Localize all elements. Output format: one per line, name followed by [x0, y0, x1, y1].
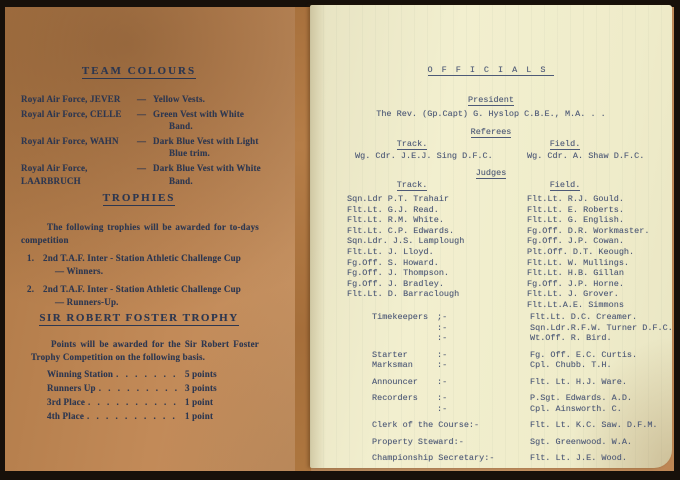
judges-track-list: Sqn.Ldr P.T. Trahair Flt.Lt. G.J. Read. … [347, 194, 464, 300]
points-label: Winning Station [47, 367, 113, 381]
sir-robert-foster-title: SIR ROBERT FOSTER TROPHY [39, 312, 238, 326]
dot-leader: . . . . . . . . . . . . . . [87, 409, 182, 423]
referees-field-heading: Field. [517, 139, 613, 150]
team-name: Royal Air Force, LAARBRUCH [21, 162, 137, 187]
official-name: Flt. Lt. J.E. Wood. [530, 453, 627, 464]
points-value: 3 points [185, 381, 233, 395]
judge-name: Flt.Lt. R.J. Gould. [527, 194, 649, 205]
judge-name: Sqn.Ldr P.T. Trahair [347, 194, 464, 205]
sir-robert-foster-intro: Points will be awarded for the Sir Rober… [31, 338, 259, 364]
team-colour-row: Royal Air Force, JEVER — Yellow Vests. [21, 93, 269, 106]
separator: :- [484, 453, 494, 464]
president-heading: President [310, 95, 672, 106]
role-label: Announcer [372, 377, 437, 388]
role-label [372, 404, 437, 415]
judge-name: Flt.Lt. G.J. Read. [347, 205, 464, 216]
appointment-role-cell: Announcer:- [372, 377, 530, 388]
team-colours-heading: TEAM COLOURS [17, 65, 261, 79]
official-name: Flt. Lt. K.C. Saw. D.F.M. [530, 420, 658, 431]
appointment-row: Starter:- Fg. Off. E.C. Curtis. [372, 350, 670, 361]
points-row: Winning Station . . . . . . . . . . . 5 … [47, 367, 233, 381]
separator: :- [437, 323, 447, 334]
dot-leader: . . . . . . . . . . . [116, 367, 182, 381]
official-name: Fg. Off. E.C. Curtis. [530, 350, 637, 361]
judge-name: Flt.Lt. J. Lloyd. [347, 247, 464, 258]
judge-name: Fg.Off. J. Thompson. [347, 268, 464, 279]
appointment-row: Marksman:- Cpl. Chubb. T.H. [372, 360, 670, 371]
appointment-role-cell: :- [372, 333, 530, 344]
team-colour-desc: Dark Blue Vest with White Band. [153, 162, 265, 187]
separator: :- [437, 393, 447, 404]
team-colour-row: Royal Air Force, CELLE — Green Vest with… [21, 108, 269, 133]
points-value: 1 point [185, 395, 233, 409]
team-colour-desc: Green Vest with White Band. [153, 108, 265, 133]
role-label: Marksman [372, 360, 437, 371]
trophy-text: 2nd T.A.F. Inter - Station Athletic Chal… [43, 252, 249, 278]
points-row: 3rd Place . . . . . . . . . . . . . . 1 … [47, 395, 233, 409]
appointment-group-championship-secretary: Championship Secretary:- Flt. Lt. J.E. W… [372, 453, 670, 464]
judge-name: Flt.Lt. E. Roberts. [527, 205, 649, 216]
role-label [372, 323, 437, 334]
field-label: Field. [550, 139, 581, 150]
dash: — [137, 108, 153, 133]
appointment-group-property-steward: Property Steward:- Sgt. Greenwood. W.A. [372, 437, 670, 448]
team-name: Royal Air Force, JEVER [21, 93, 137, 106]
team-colour-desc: Dark Blue Vest with Light Blue trim. [153, 135, 265, 160]
dash: — [137, 135, 153, 160]
appointment-role-cell: Starter:- [372, 350, 530, 361]
appointment-role-cell: :- [372, 323, 530, 334]
trophy-text: 2nd T.A.F. Inter - Station Athletic Chal… [43, 283, 249, 309]
trophies-intro: The following trophies will be awarded f… [21, 221, 259, 247]
role-label: Timekeepers [372, 312, 437, 323]
officials-title: OFFICIALS [428, 65, 555, 76]
judge-name: Flt.Lt.A.E. Simmons [527, 300, 649, 311]
appointment-role-cell: :- [372, 404, 530, 415]
appointments-list: Timekeepers;- Flt.Lt. D.C. Creamer. :- S… [372, 312, 670, 470]
judges-field-heading: Field. [517, 180, 613, 191]
referee-track-name: Wg. Cdr. J.E.J. Sing D.F.C. [355, 151, 493, 161]
team-colour-row: Royal Air Force, WAHN — Dark Blue Vest w… [21, 135, 269, 160]
separator: ;- [437, 312, 447, 323]
judge-name: Flt.Lt. G. English. [527, 215, 649, 226]
referees-heading: Referees [310, 127, 672, 138]
points-label: 3rd Place [47, 395, 85, 409]
appointment-row: Championship Secretary:- Flt. Lt. J.E. W… [372, 453, 670, 464]
appointment-row: :- Cpl. Ainsworth. C. [372, 404, 670, 415]
appointment-row: Recorders:- P.Sgt. Edwards. A.D. [372, 393, 670, 404]
judge-name: Flt.Lt. W. Mullings. [527, 258, 649, 269]
appointment-role-cell: Property Steward:- [372, 437, 530, 448]
role-label: Property Steward [372, 437, 454, 448]
team-colour-desc: Yellow Vests. [153, 93, 265, 106]
right-page: OFFICIALS President The Rev. (Gp.Capt) G… [310, 5, 672, 468]
appointment-role-cell: Clerk of the Course:- [372, 420, 530, 431]
official-name: Wt.Off. R. Bird. [530, 333, 612, 344]
judge-name: Flt.Lt. C.P. Edwards. [347, 226, 464, 237]
separator: :- [437, 350, 447, 361]
dash: — [137, 162, 153, 187]
team-colours-list: Royal Air Force, JEVER — Yellow Vests. R… [21, 93, 269, 189]
appointment-group-starter: Starter:- Fg. Off. E.C. Curtis. Marksman… [372, 350, 670, 371]
separator: :- [454, 437, 464, 448]
judge-name: Flt.Lt. R.M. White. [347, 215, 464, 226]
judge-name: Sqn.Ldr. J.S. Lamplough [347, 236, 464, 247]
official-name: Sqn.Ldr.R.F.W. Turner D.F.C. [530, 323, 673, 334]
official-name: P.Sgt. Edwards. A.D. [530, 393, 632, 404]
judges-label: Judges [476, 168, 507, 179]
judges-field-list: Flt.Lt. R.J. Gould. Flt.Lt. E. Roberts. … [527, 194, 649, 311]
trophies-list: 1. 2nd T.A.F. Inter - Station Athletic C… [27, 247, 259, 309]
appointment-role-cell: Timekeepers;- [372, 312, 530, 323]
role-label: Clerk of the Course [372, 420, 469, 431]
appointment-role-cell: Championship Secretary:- [372, 453, 530, 464]
role-label: Championship Secretary [372, 453, 484, 464]
separator: :- [437, 404, 447, 415]
judge-name: Plt.Off. D.T. Keough. [527, 247, 649, 258]
judge-name: Flt.Lt. J. Grover. [527, 289, 649, 300]
judge-name: Fg.Off. J.P. Cowan. [527, 236, 649, 247]
track-label: Track. [397, 139, 428, 150]
track-label: Track. [397, 180, 428, 191]
team-name: Royal Air Force, CELLE [21, 108, 137, 133]
appointment-group-clerk: Clerk of the Course:- Flt. Lt. K.C. Saw.… [372, 420, 670, 431]
role-label [372, 333, 437, 344]
dot-leader: . . . . . . . . . . . . . [99, 381, 182, 395]
official-name: Cpl. Chubb. T.H. [530, 360, 612, 371]
appointment-group-announcer: Announcer:- Flt. Lt. H.J. Ware. [372, 377, 670, 388]
trophy-number: 2. [27, 283, 43, 309]
separator: :- [469, 420, 479, 431]
team-name: Royal Air Force, WAHN [21, 135, 137, 160]
appointment-row: Clerk of the Course:- Flt. Lt. K.C. Saw.… [372, 420, 670, 431]
official-name: Flt.Lt. D.C. Creamer. [530, 312, 637, 323]
separator: :- [437, 360, 447, 371]
judges-heading: Judges [310, 168, 672, 179]
judge-name: Fg.Off. J. Bradley. [347, 279, 464, 290]
points-row: 4th Place . . . . . . . . . . . . . . 1 … [47, 409, 233, 423]
officials-heading: OFFICIALS [310, 65, 672, 76]
trophy-number: 1. [27, 252, 43, 278]
appointment-role-cell: Marksman:- [372, 360, 530, 371]
team-colours-title: TEAM COLOURS [82, 65, 196, 79]
separator: :- [437, 377, 447, 388]
official-name: Sgt. Greenwood. W.A. [530, 437, 632, 448]
trophies-title: TROPHIES [103, 192, 176, 206]
referees-label: Referees [471, 127, 512, 138]
points-label: Runners Up [47, 381, 96, 395]
trophy-item: 2. 2nd T.A.F. Inter - Station Athletic C… [27, 283, 259, 309]
field-label: Field. [550, 180, 581, 191]
trophy-item: 1. 2nd T.A.F. Inter - Station Athletic C… [27, 252, 259, 278]
role-label: Recorders [372, 393, 437, 404]
appointment-row: :- Wt.Off. R. Bird. [372, 333, 670, 344]
appointment-group-timekeepers: Timekeepers;- Flt.Lt. D.C. Creamer. :- S… [372, 312, 670, 344]
dash: — [137, 93, 153, 106]
points-table: Winning Station . . . . . . . . . . . 5 … [47, 367, 233, 423]
trophies-heading: TROPHIES [17, 192, 261, 206]
left-page: TEAM COLOURS Royal Air Force, JEVER — Ye… [5, 7, 296, 469]
points-value: 5 points [185, 367, 233, 381]
president-name: The Rev. (Gp.Capt) G. Hyslop C.B.E., M.A… [310, 109, 672, 119]
photo-background: TEAM COLOURS Royal Air Force, JEVER — Ye… [0, 0, 680, 480]
appointment-row: Timekeepers;- Flt.Lt. D.C. Creamer. [372, 312, 670, 323]
judge-name: Flt.Lt. D. Barraclough [347, 289, 464, 300]
judge-name: Flt.Lt. H.B. Gillan [527, 268, 649, 279]
judges-track-heading: Track. [347, 180, 477, 191]
referee-field-name: Wg. Cdr. A. Shaw D.F.C. [527, 151, 644, 161]
judge-name: Fg.Off. D.R. Workmaster. [527, 226, 649, 237]
team-colour-row: Royal Air Force, LAARBRUCH — Dark Blue V… [21, 162, 269, 187]
points-value: 1 point [185, 409, 233, 423]
separator: :- [437, 333, 447, 344]
appointment-group-recorders: Recorders:- P.Sgt. Edwards. A.D. :- Cpl.… [372, 393, 670, 414]
dot-leader: . . . . . . . . . . . . . . [88, 395, 182, 409]
appointment-role-cell: Recorders:- [372, 393, 530, 404]
judge-name: Fg.Off. J.P. Horne. [527, 279, 649, 290]
appointment-row: Property Steward:- Sgt. Greenwood. W.A. [372, 437, 670, 448]
role-label: Starter [372, 350, 437, 361]
official-name: Cpl. Ainsworth. C. [530, 404, 622, 415]
appointment-row: Announcer:- Flt. Lt. H.J. Ware. [372, 377, 670, 388]
points-label: 4th Place [47, 409, 84, 423]
president-label: President [468, 95, 514, 106]
appointment-row: :- Sqn.Ldr.R.F.W. Turner D.F.C. [372, 323, 670, 334]
judge-name: Fg.Off. S. Howard. [347, 258, 464, 269]
official-name: Flt. Lt. H.J. Ware. [530, 377, 627, 388]
points-row: Runners Up . . . . . . . . . . . . . 3 p… [47, 381, 233, 395]
referees-track-heading: Track. [347, 139, 477, 150]
sir-robert-foster-heading: SIR ROBERT FOSTER TROPHY [17, 312, 261, 326]
